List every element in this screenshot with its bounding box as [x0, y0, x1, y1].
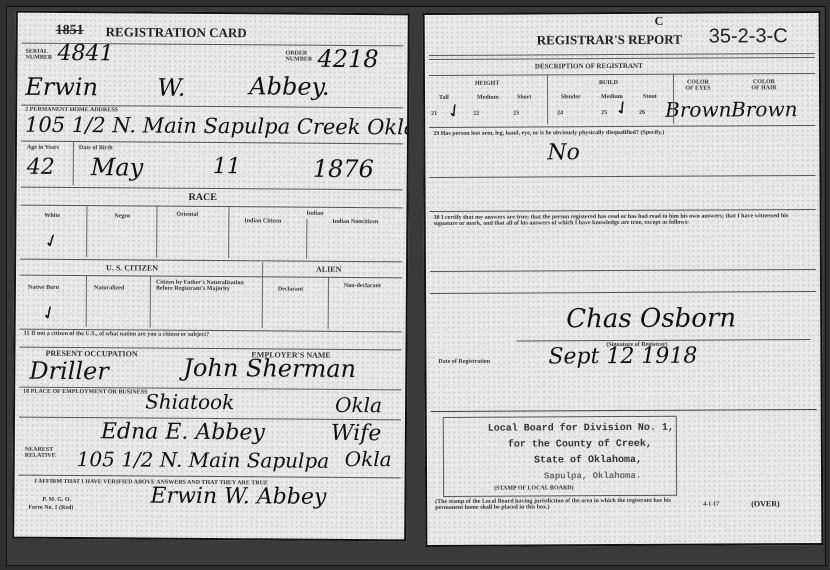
race-white-checkmark: ✓ [41, 229, 62, 254]
alien-header: ALIEN [316, 265, 341, 274]
home-address: 105 1/2 N. Main Sapulpa Creek Okla [25, 113, 410, 140]
relative-relation: Wife [331, 421, 382, 446]
native-born-checkmark: ✓ [38, 301, 60, 326]
report-title: REGISTRAR'S REPORT [537, 32, 682, 49]
card-title: REGISTRATION CARD [106, 24, 247, 41]
divider [86, 275, 87, 327]
relative-name: Edna E. Abbey [101, 419, 265, 445]
divider [86, 205, 87, 257]
field-number: 22 [473, 111, 479, 117]
registrar-signature: Chas Osborn [566, 303, 736, 334]
local-board-stamp-box: Local Board for Division No. 1, for the … [443, 416, 677, 497]
divider [429, 53, 815, 56]
divider [547, 74, 548, 124]
divider [20, 259, 402, 263]
divider [73, 141, 74, 185]
divider [328, 277, 329, 329]
race-white-label: White [44, 213, 60, 219]
us-citizen-header: U. S. CITIZEN [106, 263, 158, 272]
stamp-label: (STAMP OF LOCAL BOARD) [494, 485, 574, 491]
age-value: 42 [27, 155, 55, 180]
registration-date: Sept 12 1918 [548, 344, 697, 370]
q29-answer: No [547, 140, 580, 165]
divider [150, 276, 151, 328]
serial-number: 4841 [57, 41, 113, 66]
dob-day: 11 [213, 154, 241, 179]
middle-name: W. [157, 74, 185, 102]
field-number: 21 [431, 111, 437, 117]
divider [306, 219, 307, 259]
q29-question: 29 Has person lost arm, leg, hand, eye, … [433, 129, 803, 137]
file-code: 35-2-3-C [709, 25, 788, 48]
race-indian-noncitizen-label: Indian Noncitizen [332, 219, 392, 225]
relative-state: Okla [345, 447, 392, 471]
form-name: Form No. 1 (Red) [28, 505, 73, 511]
relative-address: 105 1/2 N. Main Sapulpa [77, 447, 330, 473]
height-header: HEIGHT [475, 81, 499, 87]
race-indian-label: Indian [306, 211, 323, 217]
race-header: RACE [189, 192, 217, 203]
divider [431, 409, 817, 412]
relative-label: NEAREST RELATIVE [25, 447, 65, 459]
stamp-line: for the County of Creek, [508, 439, 652, 451]
height-tall-checkmark: ✓ [443, 99, 467, 125]
place-state: Okla [335, 393, 382, 417]
dob-year: 1876 [313, 155, 374, 183]
divider [21, 187, 403, 191]
divider [429, 73, 815, 76]
field-number: 26 [639, 110, 645, 116]
dob-label: Date of Birth [79, 145, 113, 151]
first-name: Erwin [25, 73, 98, 102]
stamp-line: Sapulpa, Oklahoma. [544, 471, 641, 482]
divider [430, 291, 816, 294]
build-slender-label: Slender [561, 94, 581, 100]
divider [20, 205, 402, 209]
eye-color-label: COLOR OF EYES [683, 80, 713, 92]
citizen-by-father-label: Citizen by Father's Naturalization Befor… [156, 280, 256, 293]
date-label: Date of Registration [438, 359, 490, 365]
dob-month: May [91, 153, 144, 181]
eye-color-value: Brown [665, 97, 731, 121]
divider [20, 275, 402, 279]
footer-code: 4-1-17 [703, 501, 719, 507]
description-header: DESCRIPTION OF REGISTRANT [535, 62, 643, 71]
age-label: Age in Years [27, 145, 59, 151]
q30-certification: 30 I certify that my answers are true; t… [434, 213, 794, 227]
height-short-label: Short [517, 94, 531, 100]
divider [429, 125, 815, 128]
divider [228, 206, 229, 258]
field-number: 23 [513, 111, 519, 117]
q15-label: 15 If not a citizen of the U.S., of what… [24, 331, 264, 339]
race-negro-label: Negro [114, 213, 130, 219]
employer-value: John Sherman [183, 354, 356, 383]
form-code: P. M. G. O. [42, 497, 71, 503]
hair-color-value: Brown [731, 97, 797, 121]
occupation-value: Driller [29, 357, 109, 386]
field-number: 25 [601, 110, 607, 116]
place-label: 18 PLACE OF EMPLOYMENT OR BUSINESS [23, 389, 147, 396]
registration-card-front: 1851 REGISTRATION CARD SERIAL NUMBER 484… [12, 11, 410, 542]
divider [21, 141, 403, 145]
place-city: Shiatook [145, 390, 234, 415]
field-number: 24 [557, 110, 563, 116]
height-medium-label: Medium [477, 95, 499, 101]
naturalized-label: Naturalized [94, 285, 124, 291]
last-name: Abbey. [249, 72, 329, 101]
divider [430, 209, 816, 212]
native-born-label: Native Born [28, 285, 59, 291]
divider [19, 475, 401, 479]
divider [429, 175, 815, 178]
build-header: BUILD [599, 80, 618, 86]
build-stout-label: Stout [643, 94, 657, 100]
divider [430, 269, 816, 272]
registrant-signature: Erwin W. Abbey [150, 484, 326, 510]
height-tall-label: Tall [439, 95, 449, 101]
over-label: (OVER) [751, 499, 779, 508]
divider [673, 74, 674, 124]
serial-label: SERIAL NUMBER [25, 49, 55, 61]
divider [262, 262, 263, 328]
corner-mark: C [655, 14, 664, 29]
registrars-report-back: C REGISTRAR'S REPORT 35-2-3-C DESCRIPTIO… [423, 11, 824, 547]
order-label: ORDER NUMBER [285, 51, 315, 63]
non-declarant-label: Non-declarant [344, 283, 384, 289]
hair-color-label: COLOR OF HAIR [749, 79, 779, 91]
divider [156, 206, 157, 258]
race-indian-citizen-label: Indian Citizen [244, 218, 304, 224]
stamp-note: (The stamp of the Local Board having jur… [435, 498, 675, 511]
stamp-line: Local Board for Division No. 1, [488, 423, 674, 435]
declarant-label: Declarant [278, 286, 303, 292]
race-oriental-label: Oriental [176, 212, 198, 218]
divider [429, 57, 815, 60]
order-number: 4218 [317, 45, 378, 73]
stamp-line: State of Oklahoma, [534, 455, 642, 467]
struck-number: 1851 [56, 23, 84, 39]
